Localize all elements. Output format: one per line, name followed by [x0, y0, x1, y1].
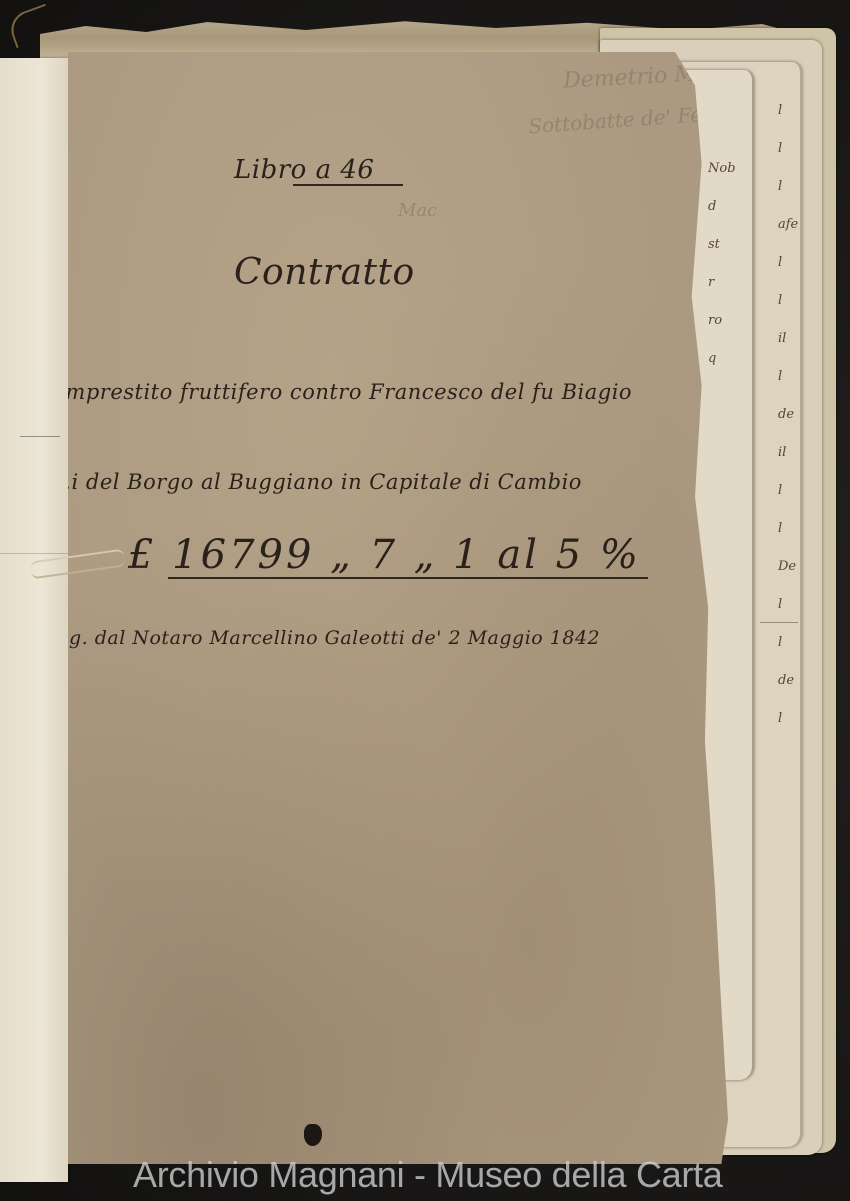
inner-page-2-script: l l l afe l l il l de il l l De l l de l	[778, 92, 798, 738]
contract-line-1: d'imprestito fruttifero contro Francesco…	[38, 380, 632, 404]
ink-blot	[304, 1124, 322, 1146]
document-title: Contratto	[234, 252, 415, 293]
inner-page-1-script: Nob d st r ro q	[708, 150, 736, 378]
amount-underline	[168, 577, 648, 579]
strip-fold-line	[0, 553, 68, 554]
bleedthrough-line-3: Mac	[398, 200, 437, 221]
inner-page-ruled-line	[760, 622, 798, 623]
contract-line-2: …i del Borgo al Buggiano in Capitale di …	[50, 470, 582, 494]
book-reference-underline	[293, 184, 403, 186]
archive-watermark: Archivio Magnani - Museo della Carta	[133, 1154, 850, 1196]
left-flap-strip	[0, 58, 68, 1182]
cover-sheet: Demetrio Maggiore di Galeno Sottobatte d…	[68, 52, 728, 1164]
strip-mark	[20, 436, 60, 437]
notary-line: …rog. dal Notaro Marcellino Galeotti de'…	[28, 627, 600, 649]
contract-amount: £ 16799 „ 7 „ 1 al 5 %	[128, 532, 641, 578]
book-reference: Libro a 46	[234, 155, 374, 185]
